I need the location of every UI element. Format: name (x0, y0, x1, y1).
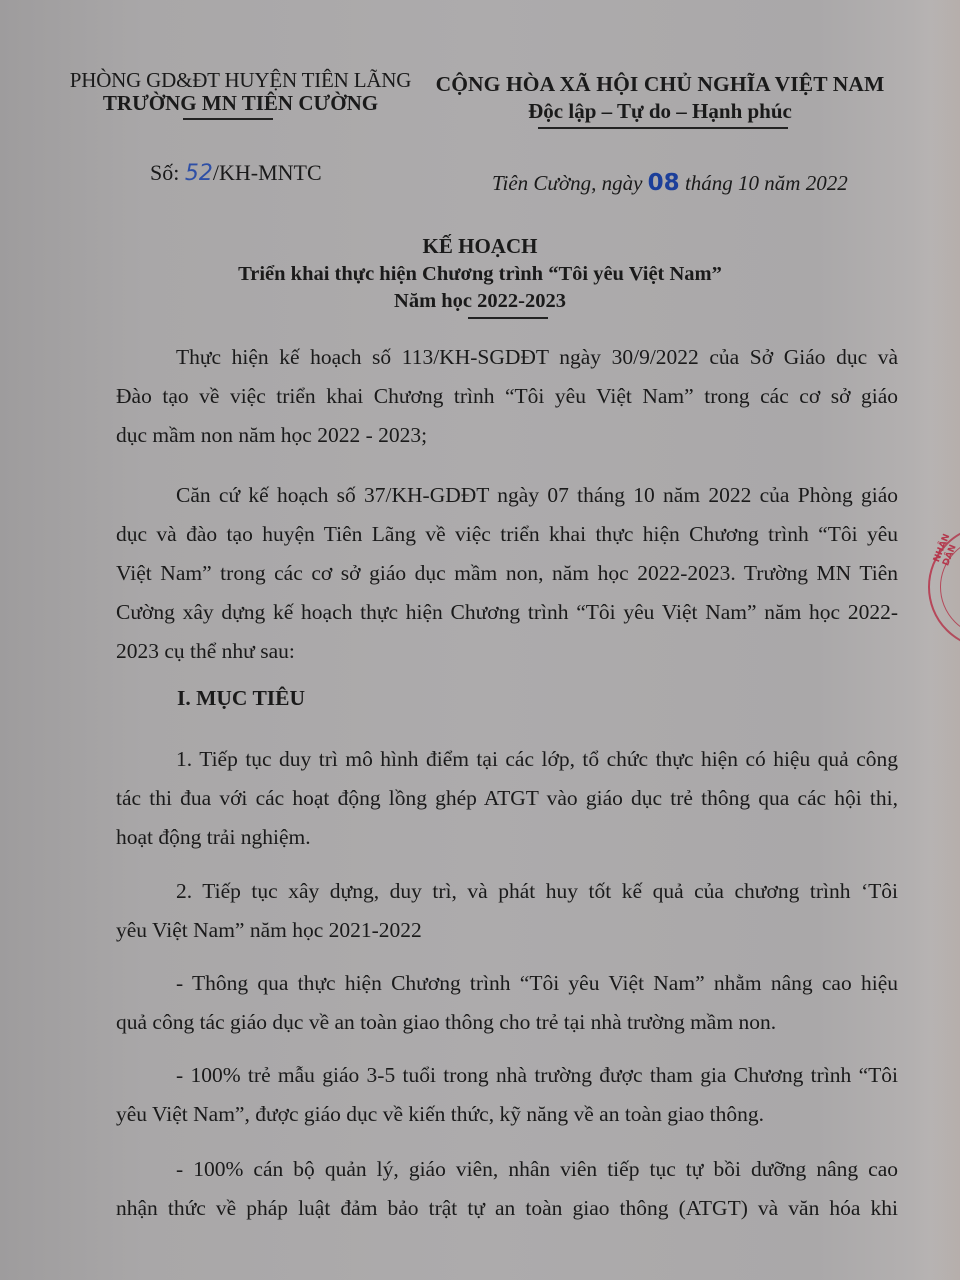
paragraph-reference-1: Thực hiện kế hoạch số 113/KH-SGDĐT ngày … (116, 338, 898, 455)
objective-2: 2. Tiếp tục xây dựng, duy trì, và phát h… (116, 872, 898, 950)
paragraph-line: 2. Tiếp tục xây dựng, duy trì, và phát h… (116, 872, 898, 911)
document-number-suffix: /KH-MNTC (213, 160, 322, 185)
national-motto: Độc lập – Tự do – Hạnh phúc (430, 99, 890, 124)
department-name: PHÒNG GD&ĐT HUYỆN TIÊN LÃNG (68, 68, 413, 93)
school-name-underline (183, 118, 273, 120)
objective-bullet-3: - 100% cán bộ quản lý, giáo viên, nhân v… (116, 1150, 898, 1228)
date-line: Tiên Cường, ngày 08 tháng 10 năm 2022 (492, 170, 848, 196)
paragraph-line: Thực hiện kế hoạch số 113/KH-SGDĐT ngày … (116, 338, 898, 377)
title-subtitle: Triển khai thực hiện Chương trình “Tôi y… (0, 263, 960, 286)
paragraph-line: hoạt động trải nghiệm. (116, 818, 898, 857)
motto-underline (538, 127, 788, 129)
paragraph-line: tác thi đua với các hoạt động lồng ghép … (116, 779, 898, 818)
paragraph-line: Cường xây dựng kế hoạch thực hiện Chương… (116, 593, 898, 632)
title-school-year: Năm học 2022-2023 (0, 290, 960, 313)
title-underline (468, 317, 548, 319)
objective-bullet-1: - Thông qua thực hiện Chương trình “Tôi … (116, 964, 898, 1042)
paragraph-line: - 100% trẻ mẫu giáo 3-5 tuổi trong nhà t… (116, 1056, 898, 1095)
document-page: PHÒNG GD&ĐT HUYỆN TIÊN LÃNG TRƯỜNG MN TI… (0, 0, 960, 1280)
paragraph-line: - Thông qua thực hiện Chương trình “Tôi … (116, 964, 898, 1003)
paragraph-line: Căn cứ kế hoạch số 37/KH-GDĐT ngày 07 th… (116, 476, 898, 515)
paragraph-line: - 100% cán bộ quản lý, giáo viên, nhân v… (116, 1150, 898, 1189)
paragraph-line: Đào tạo về việc triển khai Chương trình … (116, 377, 898, 416)
document-number: Số: 52/KH-MNTC (150, 160, 322, 186)
paragraph-line: yêu Việt Nam” năm học 2021-2022 (116, 911, 898, 950)
document-title: KẾ HOẠCH Triển khai thực hiện Chương trì… (0, 234, 960, 319)
page-edge-shadow (930, 0, 960, 1280)
date-day-handwritten: 08 (648, 170, 680, 196)
national-title: CỘNG HÒA XÃ HỘI CHỦ NGHĨA VIỆT NAM (430, 72, 890, 97)
section-heading-objectives: I. MỤC TIÊU (177, 686, 305, 711)
paragraph-line: yêu Việt Nam”, được giáo dục về kiến thứ… (116, 1095, 898, 1134)
paragraph-reference-2: Căn cứ kế hoạch số 37/KH-GDĐT ngày 07 th… (116, 476, 898, 671)
document-number-handwritten: 52 (185, 161, 213, 186)
paragraph-line: 2023 cụ thể như sau: (116, 632, 898, 671)
paragraph-line: Việt Nam” trong các cơ sở giáo dục mầm n… (116, 554, 898, 593)
objective-bullet-2: - 100% trẻ mẫu giáo 3-5 tuổi trong nhà t… (116, 1056, 898, 1134)
paragraph-line: dục mầm non năm học 2022 - 2023; (116, 416, 898, 455)
date-suffix: tháng 10 năm 2022 (680, 171, 848, 195)
issuing-agency-header: PHÒNG GD&ĐT HUYỆN TIÊN LÃNG TRƯỜNG MN TI… (68, 68, 413, 120)
school-name: TRƯỜNG MN TIÊN CƯỜNG (68, 91, 413, 116)
paragraph-line: quả công tác giáo dục về an toàn giao th… (116, 1003, 898, 1042)
national-header: CỘNG HÒA XÃ HỘI CHỦ NGHĨA VIỆT NAM Độc l… (430, 72, 890, 129)
paragraph-line: nhận thức về pháp luật đảm bảo trật tự a… (116, 1189, 898, 1228)
date-prefix: Tiên Cường, ngày (492, 171, 648, 195)
paragraph-line: dục và đào tạo huyện Tiên Lãng về việc t… (116, 515, 898, 554)
paragraph-line: 1. Tiếp tục duy trì mô hình điểm tại các… (116, 740, 898, 779)
title-main: KẾ HOẠCH (0, 234, 960, 259)
document-number-prefix: Số: (150, 160, 185, 185)
objective-1: 1. Tiếp tục duy trì mô hình điểm tại các… (116, 740, 898, 857)
